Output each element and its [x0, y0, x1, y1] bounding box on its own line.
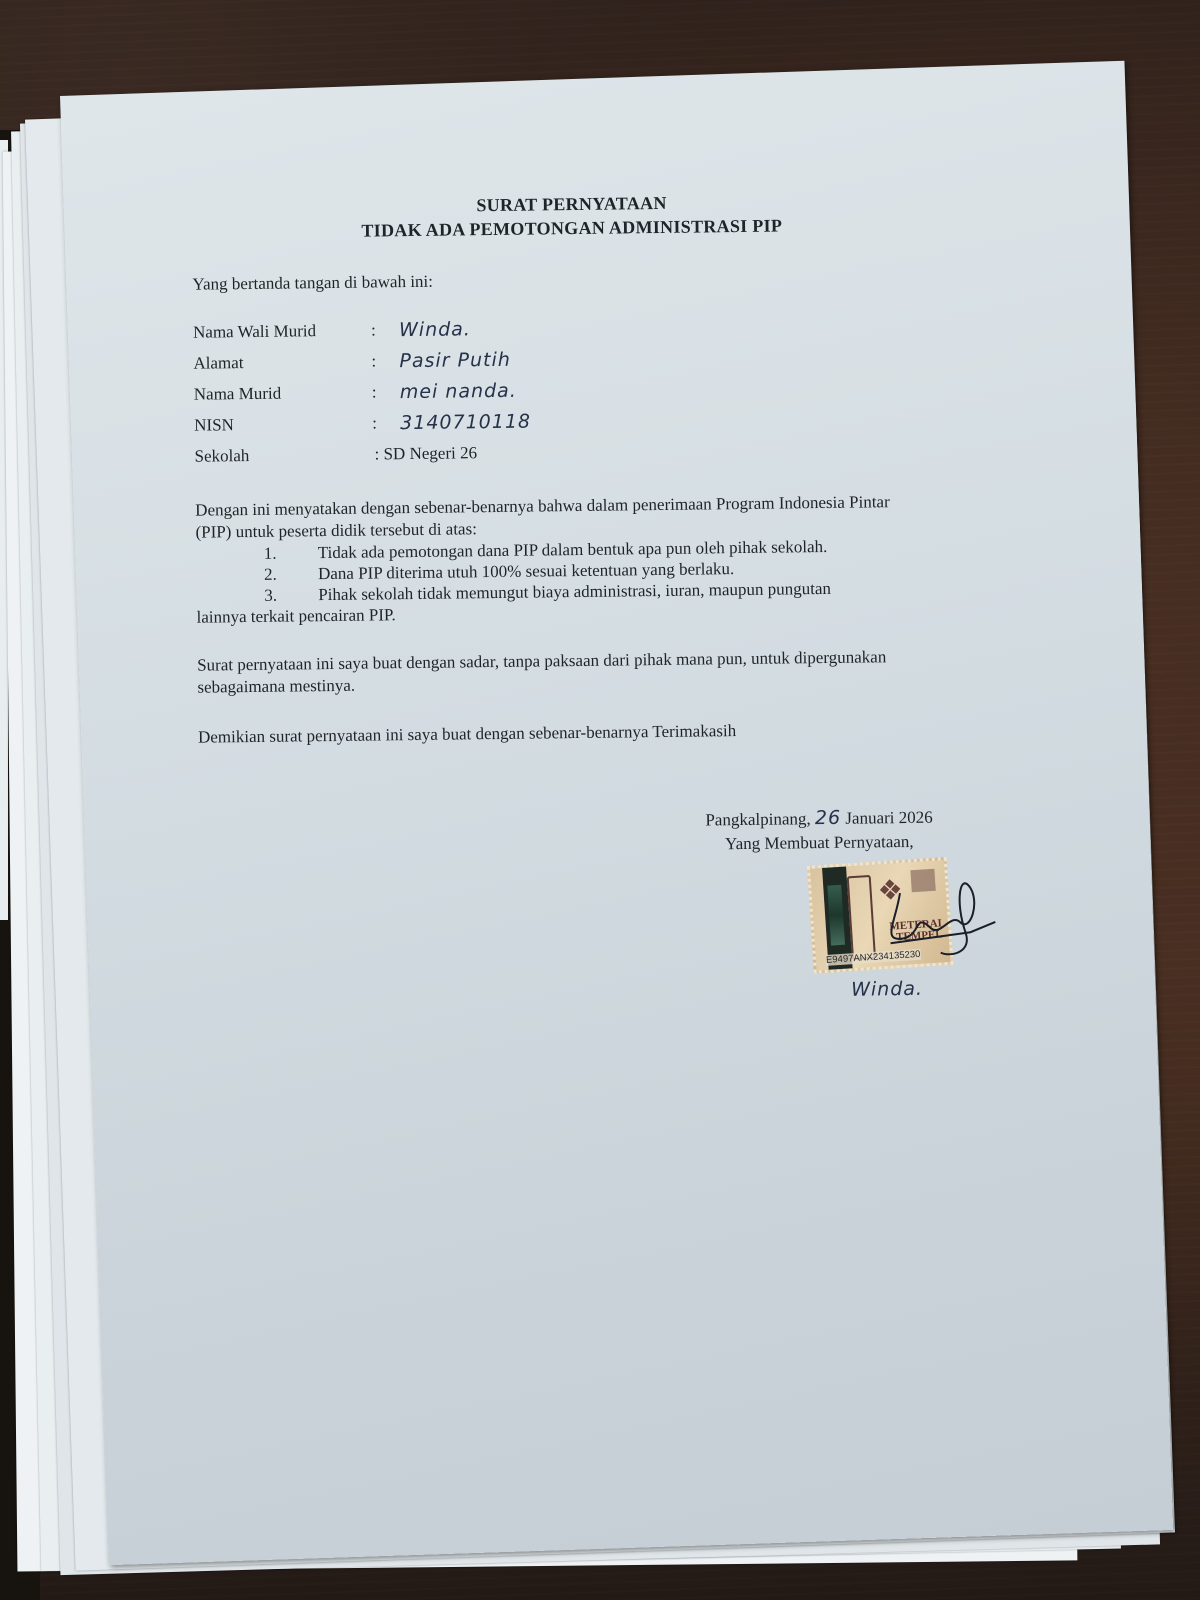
field-label: Alamat — [193, 351, 371, 373]
signature-scribble-icon — [860, 862, 1001, 974]
closing-paragraph: Demikian surat pernyataan ini saya buat … — [198, 718, 918, 749]
handwritten-value: mei nanda. — [400, 379, 517, 402]
handwritten-signature-name: Winda. — [851, 978, 923, 1001]
voluntary-paragraph: Surat pernyataan ini saya buat dengan sa… — [197, 646, 917, 699]
letter-title: SURAT PERNYATAAN TIDAK ADA PEMOTONGAN AD… — [231, 188, 912, 244]
signature-block: Pangkalpinang, 26 Januari 2026 Yang Memb… — [689, 804, 950, 856]
handwritten-day: 26 — [815, 807, 841, 829]
statement-list: 1. Tidak ada pemotongan dana PIP dalam b… — [264, 535, 917, 606]
intro-text: Yang bertanda tangan di bawah ini: — [192, 266, 912, 295]
signer-role: Yang Membuat Pernyataan, — [689, 829, 949, 856]
letter-content: SURAT PERNYATAAN TIDAK ADA PEMOTONGAN AD… — [191, 188, 918, 749]
field-label: Nama Murid — [194, 382, 372, 404]
field-label: Nama Wali Murid — [193, 320, 371, 342]
field-label: NISN — [194, 413, 372, 435]
handwritten-value: Winda. — [399, 318, 471, 341]
handwritten-value: Pasir Putih — [399, 348, 511, 371]
field-label: Sekolah — [194, 444, 372, 466]
handwritten-value: 3140710118 — [400, 410, 531, 434]
statement-paragraph: Dengan ini menyatakan dengan sebenar-ben… — [195, 491, 917, 629]
identity-fields: Nama Wali Murid : Winda. Alamat : Pasir … — [193, 308, 915, 472]
place-date: Pangkalpinang, 26 Januari 2026 — [689, 804, 949, 832]
field-value: : SD Negeri 26 — [374, 443, 477, 464]
statement-letter-page: SURAT PERNYATAAN TIDAK ADA PEMOTONGAN AD… — [60, 61, 1173, 1566]
